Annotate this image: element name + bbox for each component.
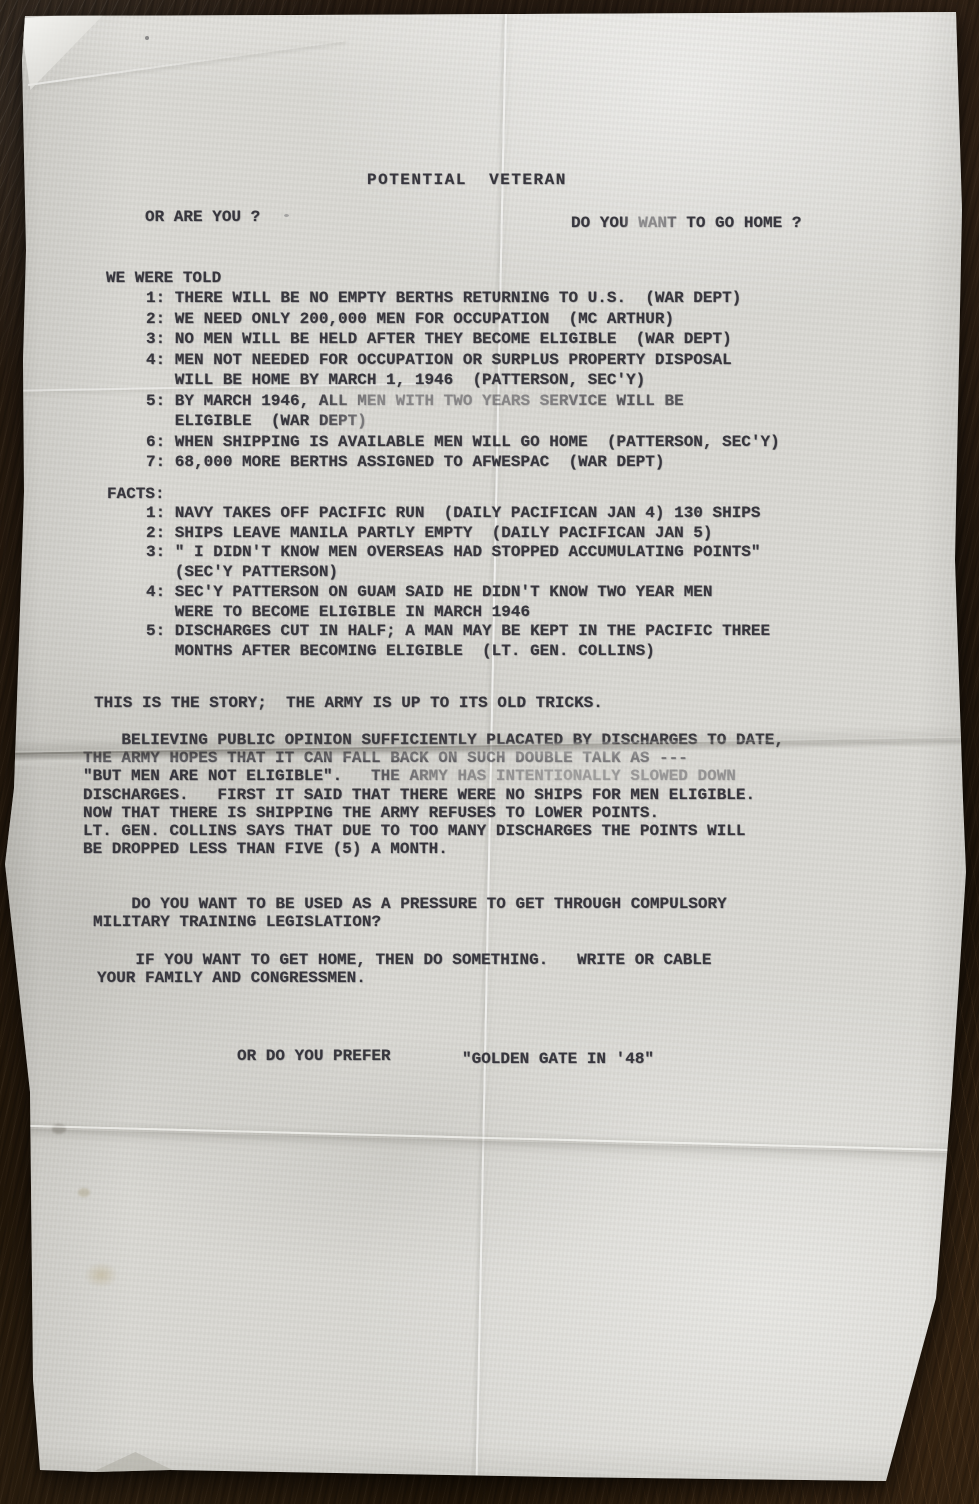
closing-left: OR DO YOU PREFER [237, 1046, 391, 1067]
we-were-told-heading: WE WERE TOLD [106, 268, 221, 289]
text-line: 5: DISCHARGES CUT IN HALF; A MAN MAY BE … [146, 622, 770, 642]
question-left: OR ARE YOU ? [145, 207, 260, 228]
text-line: NOW THAT THERE IS SHIPPING THE ARMY REFU… [83, 804, 784, 822]
pressure-question: DO YOU WANT TO BE USED AS A PRESSURE TO … [93, 896, 727, 932]
call-to-action: IF YOU WANT TO GET HOME, THEN DO SOMETHI… [97, 951, 712, 987]
text-line: 5: BY MARCH 1946, ALL MEN WITH TWO YEARS… [146, 391, 780, 412]
text-line: ELIGIBLE (WAR DEPT) [146, 411, 780, 432]
text-line: 1: NAVY TAKES OFF PACIFIC RUN (DAILY PAC… [146, 504, 770, 524]
document-title: POTENTIAL VETERAN [367, 170, 567, 191]
text-line: 4: MEN NOT NEEDED FOR OCCUPATION OR SURP… [146, 350, 780, 371]
main-paragraph: BELIEVING PUBLIC OPINION SUFFICIENTLY PL… [83, 731, 784, 858]
text-line: 4: SEC'Y PATTERSON ON GUAM SAID HE DIDN'… [146, 583, 770, 603]
paper-shadow-wrap: POTENTIAL VETERAN OR ARE YOU ? DO YOU WA… [0, 0, 979, 1504]
facts-list: 1: NAVY TAKES OFF PACIFIC RUN (DAILY PAC… [146, 504, 770, 662]
typewritten-text-layer: POTENTIAL VETERAN OR ARE YOU ? DO YOU WA… [0, 0, 979, 1504]
photo-scene: POTENTIAL VETERAN OR ARE YOU ? DO YOU WA… [0, 0, 979, 1504]
story-line: THIS IS THE STORY; THE ARMY IS UP TO ITS… [94, 693, 603, 714]
text-line: DISCHARGES. FIRST IT SAID THAT THERE WER… [83, 786, 784, 804]
text-line: BE DROPPED LESS THAN FIVE (5) A MONTH. [83, 840, 784, 858]
text-line: 2: WE NEED ONLY 200,000 MEN FOR OCCUPATI… [146, 309, 780, 330]
text-line: "BUT MEN ARE NOT ELIGIBLE". THE ARMY HAS… [83, 767, 784, 785]
question-right: DO YOU WANT TO GO HOME ? [571, 213, 801, 234]
text-line: 3: NO MEN WILL BE HELD AFTER THEY BECOME… [146, 329, 780, 350]
text-line: 1: THERE WILL BE NO EMPTY BERTHS RETURNI… [146, 288, 780, 309]
text-line: 7: 68,000 MORE BERTHS ASSIGNED TO AFWESP… [146, 452, 780, 473]
text-line: WILL BE HOME BY MARCH 1, 1946 (PATTERSON… [146, 370, 780, 391]
text-line: WERE TO BECOME ELIGIBLE IN MARCH 1946 [146, 603, 770, 623]
text-line: (SEC'Y PATTERSON) [146, 563, 770, 583]
text-line: MILITARY TRAINING LEGISLATION? [93, 914, 727, 932]
text-line: DO YOU WANT TO BE USED AS A PRESSURE TO … [93, 896, 727, 914]
text-line: YOUR FAMILY AND CONGRESSMEN. [97, 969, 712, 987]
text-line: THE ARMY HOPES THAT IT CAN FALL BACK ON … [83, 749, 784, 767]
text-line: 6: WHEN SHIPPING IS AVAILABLE MEN WILL G… [146, 432, 780, 453]
text-line: BELIEVING PUBLIC OPINION SUFFICIENTLY PL… [83, 731, 784, 749]
closing-right: "GOLDEN GATE IN '48" [462, 1049, 654, 1070]
text-line: 2: SHIPS LEAVE MANILA PARTLY EMPTY (DAIL… [146, 524, 770, 544]
text-line: IF YOU WANT TO GET HOME, THEN DO SOMETHI… [97, 951, 712, 969]
we-were-told-list: 1: THERE WILL BE NO EMPTY BERTHS RETURNI… [146, 288, 780, 473]
text-line: LT. GEN. COLLINS SAYS THAT DUE TO TOO MA… [83, 822, 784, 840]
text-line: MONTHS AFTER BECOMING ELIGIBLE (LT. GEN.… [146, 642, 770, 662]
facts-heading: FACTS: [107, 484, 165, 505]
text-line: 3: " I DIDN'T KNOW MEN OVERSEAS HAD STOP… [146, 543, 770, 563]
paper-document: POTENTIAL VETERAN OR ARE YOU ? DO YOU WA… [0, 0, 979, 1504]
